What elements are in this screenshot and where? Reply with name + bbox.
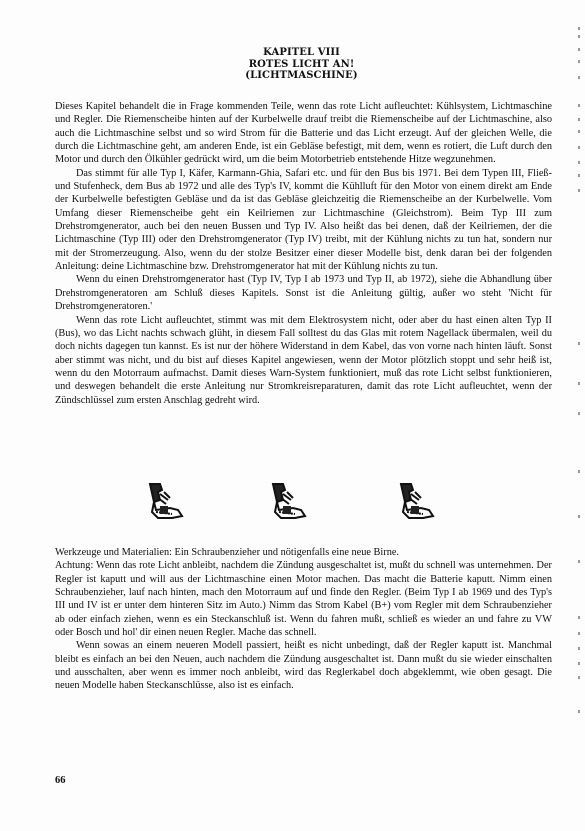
paragraph: Dieses Kapitel behandelt die in Frage ko…: [55, 100, 552, 167]
boot-icon: [265, 480, 309, 522]
paragraph: Wenn sowas an einem neueren Modell passi…: [55, 639, 552, 692]
intro-text-block: Dieses Kapitel behandelt die in Frage ko…: [55, 100, 552, 407]
instructions-text-block: Werkzeuge und Materialien: Ein Schrauben…: [55, 546, 552, 693]
book-page: KAPITEL VIII ROTES LICHT AN! (LICHTMASCH…: [0, 0, 585, 831]
paragraph: Wenn das rote Licht aufleuchtet, stimmt …: [55, 314, 552, 407]
paragraph: Wenn du einen Drehstromgenerator hast (T…: [55, 273, 552, 313]
boot-icon: [393, 480, 437, 522]
illustration-row: [0, 480, 585, 528]
chapter-subtitle: (LICHTMASCHINE): [18, 70, 585, 82]
tools-paragraph: Werkzeuge und Materialien: Ein Schrauben…: [55, 546, 552, 559]
warning-paragraph: Achtung: Wenn das rote Licht anbleibt, n…: [55, 559, 552, 639]
chapter-heading: KAPITEL VIII ROTES LICHT AN! (LICHTMASCH…: [0, 47, 585, 82]
chapter-title: ROTES LICHT AN!: [18, 59, 585, 71]
paragraph: Das stimmt für alle Typ I, Käfer, Karman…: [55, 167, 552, 274]
page-number: 66: [55, 775, 66, 786]
chapter-number: KAPITEL VIII: [18, 47, 585, 59]
boot-icon: [142, 480, 186, 522]
